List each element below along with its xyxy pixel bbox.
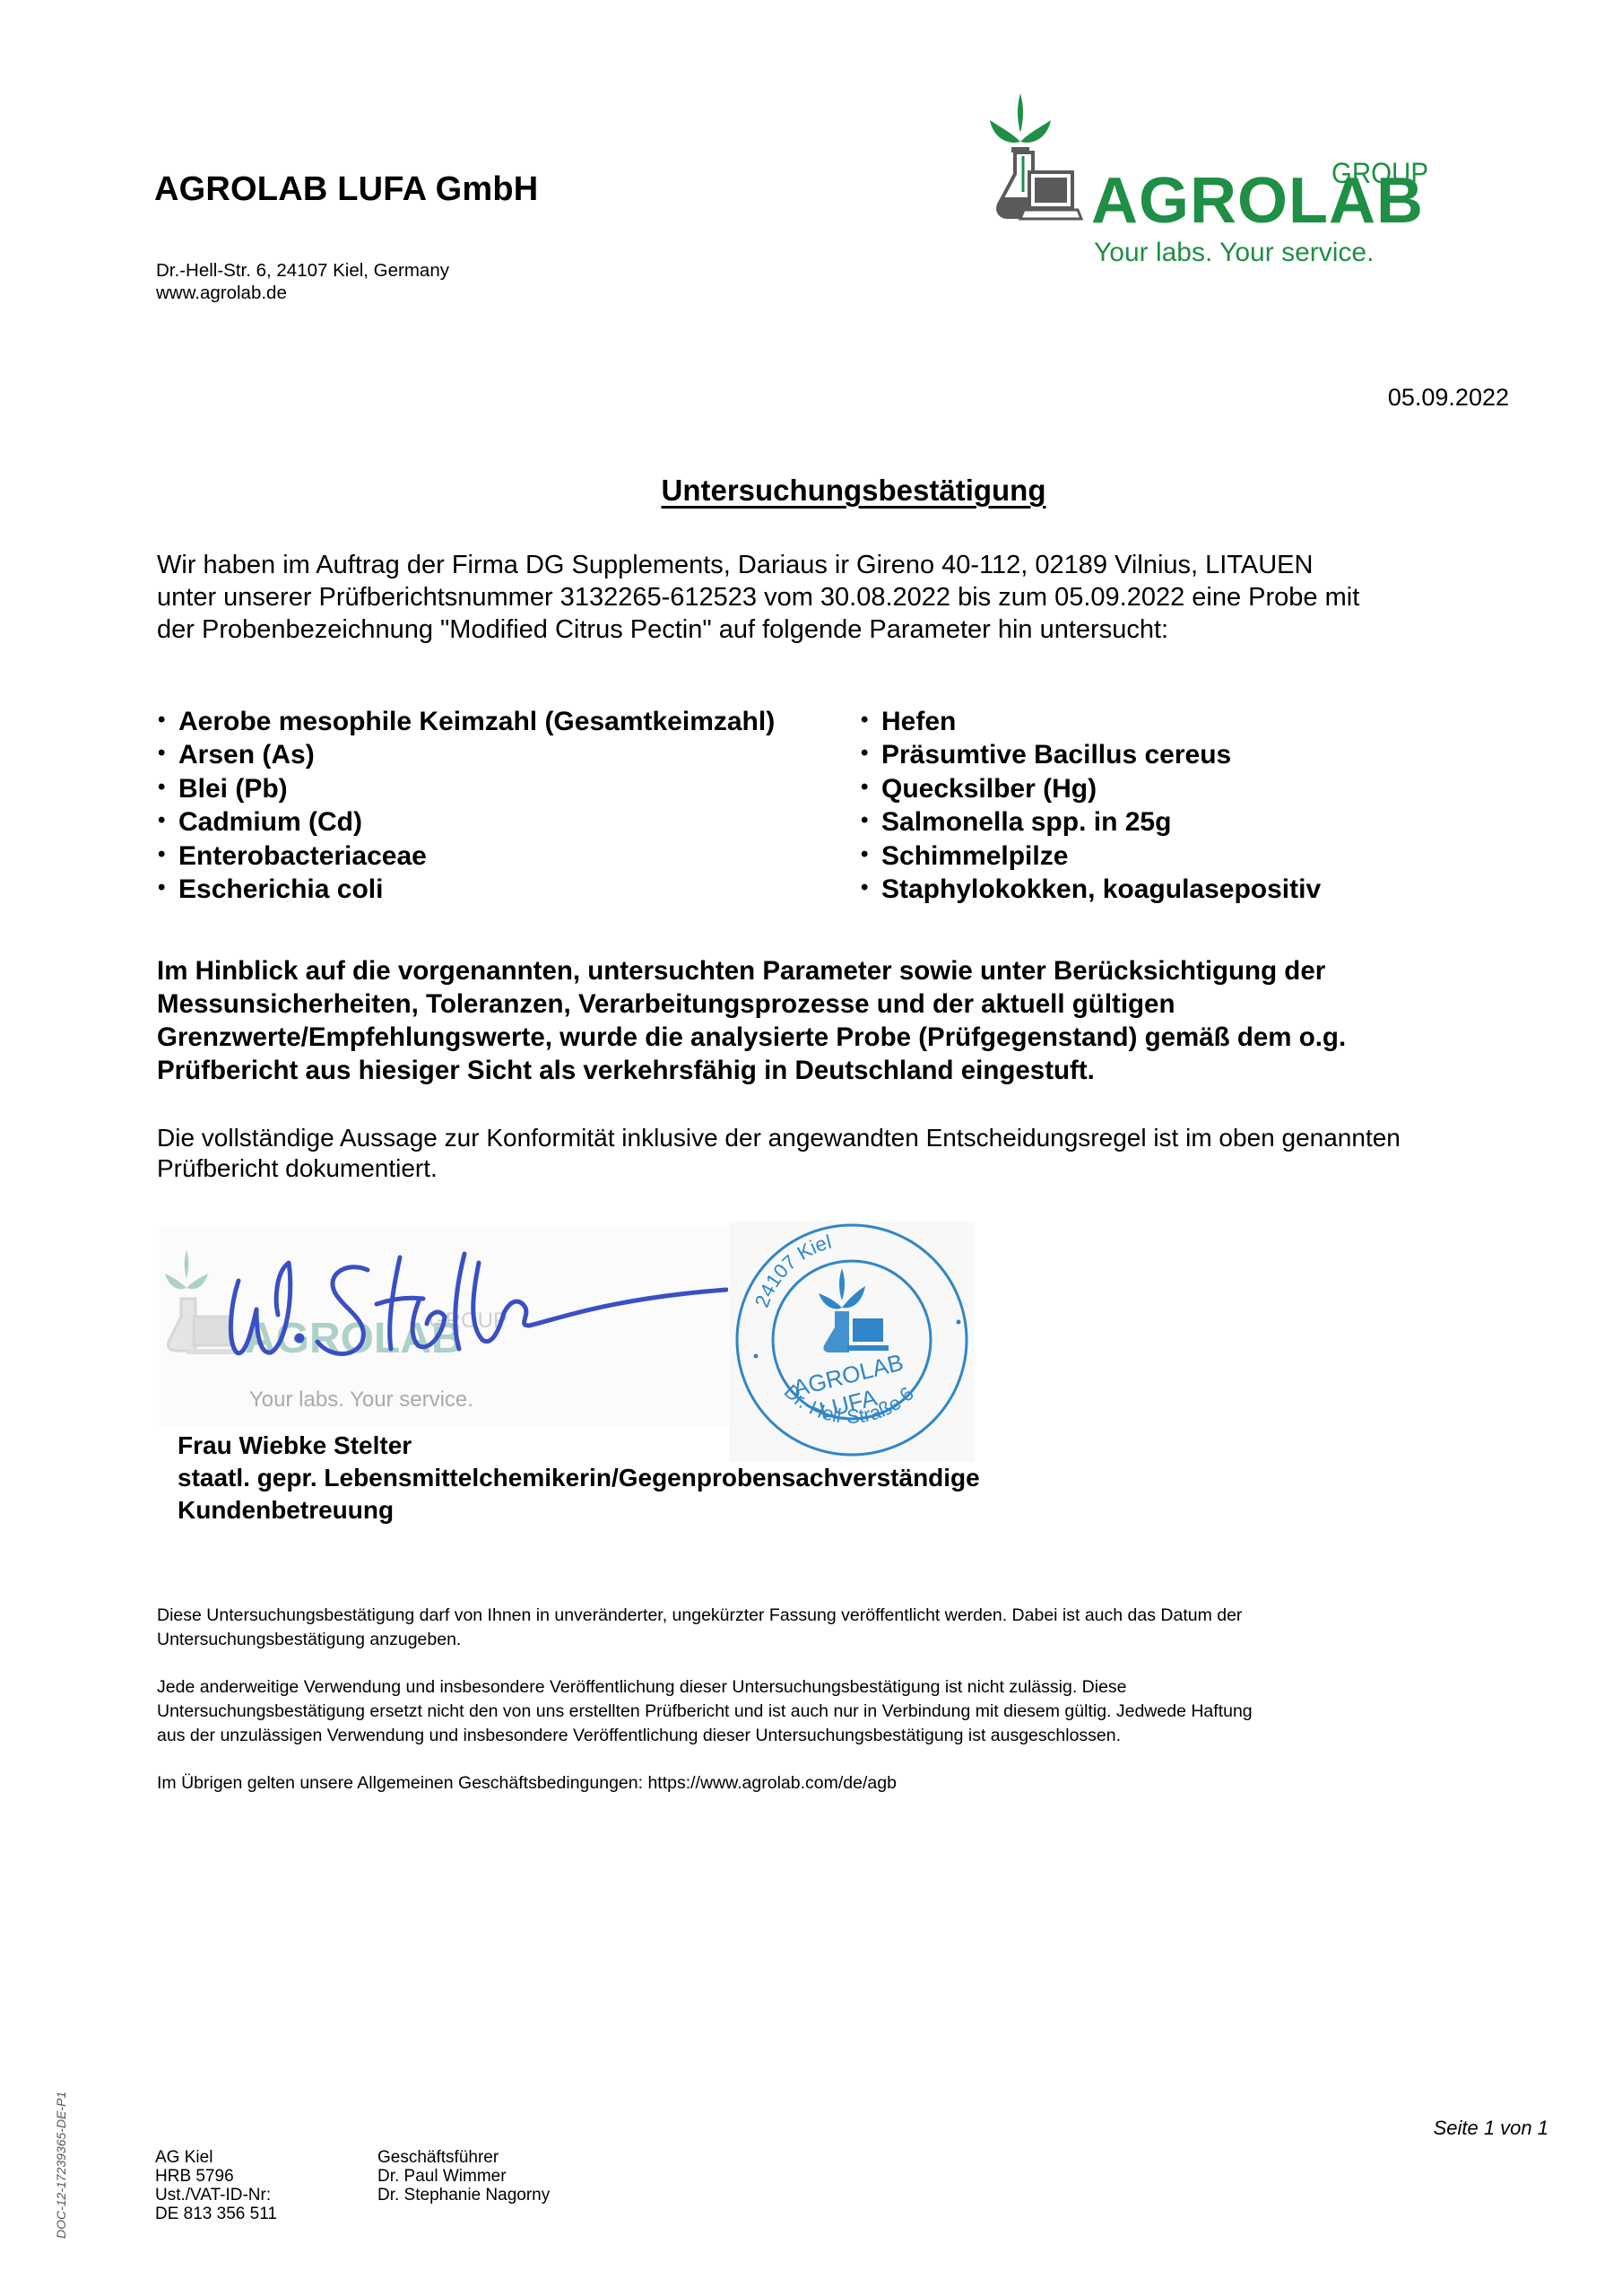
footer-line: Geschäftsführer	[377, 2148, 550, 2167]
agrolab-group-logo: AGROLAB GROUP Your labs. Your service.	[984, 86, 1558, 274]
bullet-icon: •	[158, 804, 165, 837]
intro-line: der Probenbezeichnung "Modified Citrus P…	[157, 613, 1168, 646]
company-address: Dr.-Hell-Str. 6, 24107 Kiel, Germany	[156, 259, 449, 282]
footer-line: AG Kiel	[155, 2148, 277, 2167]
conformity-line: Die vollständige Aussage zur Konformität…	[157, 1123, 1401, 1153]
page-number: Seite 1 von 1	[1434, 2117, 1548, 2140]
disclaimer-line: Untersuchungsbestätigung anzugeben.	[157, 1628, 461, 1652]
footer-line: HRB 5796	[155, 2167, 277, 2186]
signer-department: Kundenbetreuung	[178, 1494, 394, 1526]
stamp-seal-icon: 24107 Kiel Dr.-Hell-Straße 6 AGROLAB LUF…	[729, 1222, 975, 1462]
conclusion-line: Grenzwerte/Empfehlungswerte, wurde die a…	[157, 1021, 1346, 1054]
conclusion-line: Prüfbericht aus hiesiger Sicht als verke…	[157, 1054, 1095, 1087]
signer-name: Frau Wiebke Stelter	[178, 1430, 412, 1462]
conformity-line: Prüfbericht dokumentiert.	[157, 1153, 438, 1184]
document-title: Untersuchungsbestätigung	[0, 474, 1622, 508]
signer-role: staatl. gepr. Lebensmittelchemikerin/Geg…	[178, 1462, 980, 1494]
disclaimer-line: aus der unzulässigen Verwendung und insb…	[157, 1724, 1121, 1748]
logo-tagline: Your labs. Your service.	[1094, 239, 1374, 267]
terms-link-line: Im Übrigen gelten unsere Allgemeinen Ges…	[157, 1771, 897, 1796]
company-website: www.agrolab.de	[156, 282, 287, 304]
footer-line: Ust./VAT-ID-Nr:	[155, 2186, 277, 2205]
footer-registration: AG Kiel HRB 5796 Ust./VAT-ID-Nr: DE 813 …	[155, 2148, 277, 2223]
footer-line: Dr. Stephanie Nagorny	[377, 2186, 550, 2205]
flask-laptop-plant-icon	[984, 86, 1092, 230]
bullet-icon: •	[158, 736, 165, 770]
footer-management: Geschäftsführer Dr. Paul Wimmer Dr. Step…	[377, 2148, 550, 2205]
footer-line: DE 813 356 511	[155, 2205, 277, 2223]
bullet-icon: •	[861, 770, 868, 804]
bullet-icon: •	[861, 838, 868, 871]
bullet-icon: •	[158, 871, 165, 904]
bullet-icon: •	[861, 871, 868, 904]
disclaimer-line: Jede anderweitige Verwendung und insbeso…	[157, 1675, 1127, 1700]
disclaimer-line: Diese Untersuchungsbestätigung darf von …	[157, 1604, 1242, 1628]
footer-line: Dr. Paul Wimmer	[377, 2167, 550, 2186]
conclusion-line: Im Hinblick auf die vorgenannten, unters…	[157, 954, 1325, 987]
bullet-icon: •	[861, 703, 868, 736]
document-date: 05.09.2022	[1388, 384, 1509, 412]
bullet-icon: •	[158, 703, 165, 736]
svg-text:Your labs. Your service.: Your labs. Your service.	[249, 1387, 473, 1412]
intro-line: Wir haben im Auftrag der Firma DG Supple…	[157, 549, 1313, 581]
conclusion-line: Messunsicherheiten, Toleranzen, Verarbei…	[157, 987, 1175, 1021]
intro-line: unter unserer Prüfberichtsnummer 3132265…	[157, 581, 1359, 613]
faded-logo-icon: AGROLAB GROUP Your labs. Your service.	[160, 1227, 728, 1426]
company-name: AGROLAB LUFA GmbH	[154, 170, 538, 209]
document-id: DOC-12-17239365-DE-P1	[54, 2092, 68, 2239]
disclaimer-line: Untersuchungsbestätigung ersetzt nicht d…	[157, 1700, 1253, 1724]
bullet-icon: •	[158, 838, 165, 871]
bullet-icon: •	[861, 736, 868, 770]
signature-image: AGROLAB GROUP Your labs. Your service.	[160, 1227, 728, 1426]
company-stamp: 24107 Kiel Dr.-Hell-Straße 6 AGROLAB LUF…	[729, 1222, 975, 1462]
bullet-icon: •	[158, 770, 165, 804]
bullet-icon: •	[861, 804, 868, 837]
logo-group-label: GROUP	[1331, 158, 1428, 188]
